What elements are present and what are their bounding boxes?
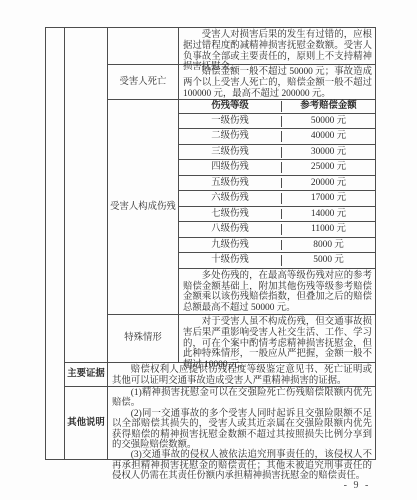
- disability-label: 受害人构成伤残: [108, 100, 179, 314]
- fault-note-row: 受害人对损害后果的发生有过错的，应根据过错程度酌减精神损害抚慰金数额。受害人负事…: [108, 28, 375, 65]
- other-notes-label: 其他说明: [65, 387, 107, 459]
- evidence-label: 主要证据: [65, 363, 107, 387]
- grade-cell: 五级伤残: [179, 178, 282, 189]
- amount-cell: 20000 元: [282, 178, 375, 189]
- grade-row-10: 十级伤残 5000 元: [179, 253, 375, 268]
- grade-row-8: 八级伤残 11000 元: [179, 222, 375, 237]
- amount-cell: 25000 元: [282, 162, 375, 173]
- amount-header-cell: 参考赔偿金额: [282, 101, 375, 112]
- grade-row-7: 七级伤残 14000 元: [179, 207, 375, 222]
- compensation-table: 主要证据 其他说明 受害人对损害后果的发生有过错的，应根据过错程度酌减精神损害抚…: [45, 27, 376, 460]
- fault-note-empty-label: [108, 28, 179, 64]
- disability-row: 受害人构成伤残 伤残等级 参考赔偿金额 一级伤残 50000 元 二级伤残 40…: [108, 100, 375, 315]
- other-note-3: (3)交通事故的侵权人被依法追究刑事责任的，该侵权人不再承担精神损害抚慰金的赔偿…: [112, 450, 372, 481]
- evidence-row: 赔偿权利人应提供伤残程度等级鉴定意见书、死亡证明或其他可以证明交通事故造成受害人…: [108, 363, 375, 387]
- special-case-row: 特殊情形 对于受害人虽不构成伤残，但交通事故损害后果严重影响受害人社交生活、工作…: [108, 315, 375, 363]
- main-column: 受害人对损害后果的发生有过错的，应根据过错程度酌减精神损害抚慰金数额。受害人负事…: [108, 28, 375, 459]
- grade-cell: 七级伤残: [179, 209, 282, 220]
- other-note-1: (1)精神损害抚慰金可以在交强险死亡伤残赔偿限额内优先赔偿。: [112, 388, 372, 409]
- victim-death-text: 赔偿金额一般不超过 50000 元；事故造成两个以上受害人死亡的，赔偿金额一般不…: [183, 67, 372, 99]
- left-margin-column: [46, 28, 65, 459]
- grade-row-1: 一级伤残 50000 元: [179, 114, 375, 129]
- amount-cell: 50000 元: [282, 116, 375, 127]
- other-notes-content: (1)精神损害抚慰金可以在交强险死亡伤残赔偿限额内优先赔偿。 (2)同一交通事故…: [108, 387, 375, 483]
- amount-cell: 8000 元: [282, 240, 375, 251]
- grades-header-row: 伤残等级 参考赔偿金额: [179, 100, 375, 114]
- category-empty-cell: [65, 28, 107, 363]
- grade-cell: 六级伤残: [179, 193, 282, 204]
- victim-death-row: 受害人死亡 赔偿金额一般不超过 50000 元；事故造成两个以上受害人死亡的，赔…: [108, 65, 375, 100]
- amount-cell: 11000 元: [282, 224, 375, 235]
- grade-header-cell: 伤残等级: [179, 101, 282, 112]
- grade-cell: 一级伤残: [179, 116, 282, 127]
- special-case-label: 特殊情形: [108, 315, 179, 362]
- grade-cell: 九级伤残: [179, 240, 282, 251]
- grade-row-6: 六级伤残 17000 元: [179, 191, 375, 206]
- grade-cell: 二级伤残: [179, 131, 282, 142]
- document-page: 主要证据 其他说明 受害人对损害后果的发生有过错的，应根据过错程度酌减精神损害抚…: [0, 0, 417, 500]
- amount-cell: 5000 元: [282, 255, 375, 266]
- grade-cell: 三级伤残: [179, 147, 282, 158]
- special-case-content: 对于受害人虽不构成伤残，但交通事故损害后果严重影响受害人社交生活、工作、学习的，…: [179, 315, 375, 362]
- grade-row-5: 五级伤残 20000 元: [179, 176, 375, 191]
- grade-cell: 十级伤残: [179, 255, 282, 266]
- amount-cell: 30000 元: [282, 147, 375, 158]
- page-number: - 9 -: [327, 481, 387, 492]
- victim-death-content: 赔偿金额一般不超过 50000 元；事故造成两个以上受害人死亡的，赔偿金额一般不…: [179, 65, 375, 99]
- evidence-text: 赔偿权利人应提供伤残程度等级鉴定意见书、死亡证明或其他可以证明交通事故造成受害人…: [112, 365, 372, 387]
- grade-row-9: 九级伤残 8000 元: [179, 238, 375, 253]
- grade-row-2: 二级伤残 40000 元: [179, 129, 375, 144]
- fault-note-content: 受害人对损害后果的发生有过错的，应根据过错程度酌减精神损害抚慰金数额。受害人负事…: [179, 28, 375, 64]
- disability-grades-table: 伤残等级 参考赔偿金额 一级伤残 50000 元 二级伤残 40000 元 三级…: [179, 100, 375, 314]
- grade-row-3: 三级伤残 30000 元: [179, 145, 375, 160]
- multi-disability-note: 多处伤残的，在最高等级伤残对应的参考赔偿金额基础上，附加其他伤残等级参考赔偿金额…: [179, 269, 375, 314]
- category-column: 主要证据 其他说明: [65, 28, 108, 459]
- amount-cell: 14000 元: [282, 209, 375, 220]
- grade-cell: 八级伤残: [179, 224, 282, 235]
- amount-cell: 40000 元: [282, 131, 375, 142]
- amount-cell: 17000 元: [282, 193, 375, 204]
- multi-disability-note-text: 多处伤残的，在最高等级伤残对应的参考赔偿金额基础上，附加其他伤残等级参考赔偿金额…: [183, 271, 372, 314]
- grade-row-4: 四级伤残 25000 元: [179, 160, 375, 175]
- evidence-content: 赔偿权利人应提供伤残程度等级鉴定意见书、死亡证明或其他可以证明交通事故造成受害人…: [108, 363, 375, 386]
- other-note-2: (2)同一交通事故的多个受害人同时起诉且交强险限额不足以全部赔偿其损失的，受害人…: [112, 409, 372, 451]
- other-notes-row: (1)精神损害抚慰金可以在交强险死亡伤残赔偿限额内优先赔偿。 (2)同一交通事故…: [108, 387, 375, 483]
- grade-cell: 四级伤残: [179, 162, 282, 173]
- victim-death-label: 受害人死亡: [108, 65, 179, 99]
